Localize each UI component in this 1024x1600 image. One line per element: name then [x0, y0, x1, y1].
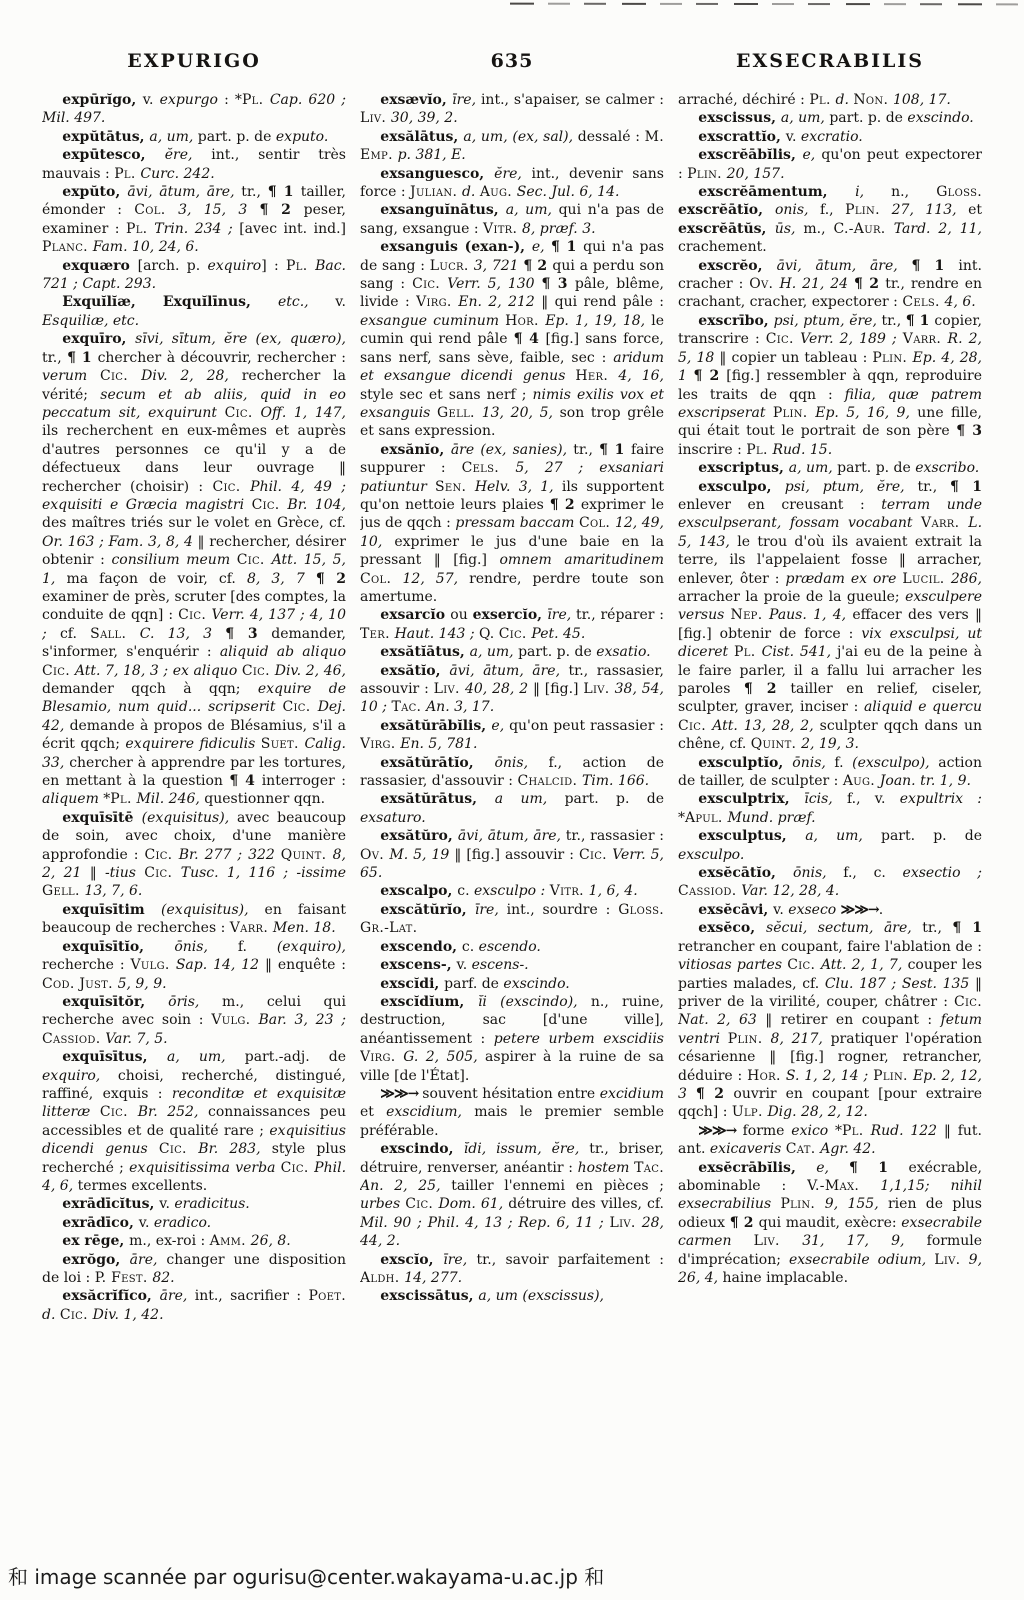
entry-text: Apul. — [685, 810, 727, 826]
entry-text: i, — [855, 184, 891, 200]
entry-text: verum — [42, 368, 100, 384]
entry-text: ōnis, — [174, 939, 237, 955]
entry-text: Quint. — [751, 736, 801, 752]
entry-text: psi, ptum, ĕre, — [774, 313, 882, 329]
entry-text: Julian. — [410, 184, 462, 200]
headword-or-marker: ¶ 3 — [956, 423, 982, 439]
entry-text: petere urbem exscidiis — [494, 1031, 664, 1047]
entry-text: omnem amaritudinem — [499, 552, 664, 568]
entry-text: Vitr. — [483, 221, 522, 237]
dictionary-entry: exscătŭrĭo, īre, int., sourdre : Gloss. … — [360, 901, 664, 938]
entry-text: Gell. — [437, 405, 482, 421]
entry-text: Pl. — [286, 258, 315, 274]
entry-text: H. 21, 24 — [780, 276, 854, 292]
headword-or-marker: exscĭo, — [380, 1252, 443, 1268]
entry-text: Att. 7, 18, 3 ; ex aliquo — [75, 663, 242, 679]
entry-text: eradicitus. — [174, 1196, 249, 1212]
entry-text: Cic. — [100, 368, 141, 384]
headword-or-marker: exquīro, — [62, 331, 135, 347]
entry-text: a, um, — [789, 460, 837, 476]
entry-text: Cic. — [213, 479, 251, 495]
dictionary-entry: exquīro, sīvi, sītum, ĕre (ex, quæro), t… — [42, 330, 346, 809]
entry-text: Pl. — [842, 1123, 871, 1139]
headword-or-marker: exsĕcāvi, — [698, 902, 773, 918]
dictionary-entry: exscendo, c. escendo. — [360, 938, 664, 956]
headword-or-marker: exsătĭātus, — [380, 644, 469, 660]
entry-text: tr., rassasier : — [566, 828, 664, 844]
headword-or-marker: exsarcĭo — [380, 607, 450, 623]
entry-text: C. 13, 3 — [140, 626, 226, 642]
dictionary-entry: exquīsītŏr, ōris, m., celui qui recherch… — [42, 993, 346, 1048]
headword-or-marker: exsătŭrātĭo, — [380, 755, 494, 771]
dictionary-entry: exscrībo, psi, ptum, ĕre, tr., ¶ 1 copie… — [678, 312, 982, 459]
dictionary-entry: exsălātus, a, um, (ex, sal), dessalé : M… — [360, 128, 664, 165]
entry-text: f. — [238, 939, 277, 955]
headword-or-marker: exscrattĭo, — [698, 129, 785, 145]
entry-text: Div. 2, 46, — [275, 663, 346, 679]
dictionary-entry: exquæro [arch. p. exquiro] : Pl. Bac. 72… — [42, 257, 346, 294]
entry-text: exseco — [788, 902, 840, 918]
entry-text: Nat. 2, 63 — [678, 1012, 765, 1028]
entry-text: Cassiod. — [678, 883, 741, 899]
headword-or-marker: exscissātus, — [380, 1288, 478, 1304]
entry-text: chercher à découvrir, rechercher : — [98, 350, 346, 366]
headword-or-marker: exsercĭo, — [473, 607, 548, 623]
entry-text: 40, 28, 2 — [465, 681, 533, 697]
entry-text: Pet. 45. — [531, 626, 585, 642]
entry-text: Or. 163 ; Fam. 3, 8, 4 — [42, 534, 198, 550]
entry-text: Vulg. — [211, 1012, 258, 1028]
entry-text: Col. — [134, 202, 178, 218]
entry-text: ĭdi, issum, ĕre, — [464, 1141, 589, 1157]
headword-or-marker: ¶ 1 — [551, 239, 583, 255]
entry-text: int., sacrifier : — [195, 1288, 309, 1304]
entry-text: f., — [820, 202, 845, 218]
running-head: EXPURIGO 635 EXSECRABILIS — [42, 50, 982, 72]
entry-text: m., — [803, 221, 833, 237]
headword-or-marker: exscătŭrĭo, — [380, 902, 475, 918]
entry-text: Liv. — [934, 1252, 968, 1268]
entry-text: 286, — [951, 571, 982, 587]
headword-or-marker: exscrĕo, — [698, 258, 776, 274]
headword-or-marker: exscĭdĭum, — [380, 994, 478, 1010]
entry-text: a, um, — [149, 129, 197, 145]
headword-or-marker: exsătĭo, — [380, 663, 449, 679]
headword-or-marker: expŭto, — [62, 184, 127, 200]
entry-text: 1, 6, 4. — [589, 883, 638, 899]
entry-text: qu'on peut rassasier : — [509, 718, 664, 734]
dictionary-entry: expŭto, āvi, ātum, āre, tr., ¶ 1 tailler… — [42, 183, 346, 257]
headword-or-marker: ex rēge, — [62, 1233, 129, 1249]
entry-text: [arch. p. — [138, 258, 208, 274]
headword-or-marker: exsanguis (exan-), — [380, 239, 532, 255]
entry-text: part. p. de — [565, 791, 664, 807]
entry-text: īcis, — [804, 791, 847, 807]
entry-text: ‖ [fig.] assouvir : — [454, 847, 579, 863]
entry-text: exquirere fidiculis — [125, 736, 260, 752]
entry-text: * — [835, 1123, 842, 1139]
entry-text: exscindo. — [907, 110, 973, 126]
entry-text: int., sourdre : — [507, 902, 619, 918]
dictionary-entry: exscissātus, a, um (exscissus), — [360, 1287, 664, 1305]
dictionary-entry: Exquĭlĭæ, Exquĭlīnus, etc., v. Esquiliæ,… — [42, 293, 346, 330]
entry-text: Sen. — [435, 479, 475, 495]
entry-text: Mund. præf. — [727, 810, 815, 826]
entry-text: Att. 13, 28, 2, — [712, 718, 819, 734]
entry-text: urbes — [360, 1196, 405, 1212]
dictionary-entry: exsĕcāvi, v. exseco ≫≫→. — [678, 901, 982, 919]
running-head-left-word: EXPURIGO — [42, 50, 346, 72]
dictionary-entry: exsculptrix, īcis, f., v. expultrix : *A… — [678, 790, 982, 827]
entry-text: ōnis, — [494, 755, 548, 771]
entry-text: Vitr. — [550, 883, 589, 899]
entry-text: a, um, — [470, 644, 518, 660]
entry-text: tr., — [42, 350, 67, 366]
dictionary-entry: exscens-, v. escens-. — [360, 956, 664, 974]
entry-text: ĭi (exscindo), — [478, 994, 591, 1010]
entry-text: 82. — [152, 1270, 174, 1286]
entry-text: Chalcid. — [517, 773, 582, 789]
entry-text: Cic. — [678, 718, 712, 734]
entry-text: ma façon de voir, cf. — [66, 571, 247, 587]
entry-text: . — [879, 902, 883, 918]
entry-text: Hor. — [505, 313, 545, 329]
entry-text: ‖ enquête : — [265, 957, 346, 973]
entry-text: a um, — [495, 791, 565, 807]
entry-text: 4, 16, — [618, 368, 664, 384]
dictionary-entry: expŭtātus, a, um, part. p. de exputo. — [42, 128, 346, 146]
headword-or-marker: ¶ 1 — [911, 258, 958, 274]
dictionary-entry: exsănĭo, āre (ex, sanies), tr., ¶ 1 fair… — [360, 441, 664, 607]
entry-text: Ep. 5, 16, 9, — [815, 405, 917, 421]
entry-text: Amm. — [210, 1233, 251, 1249]
page-number: 635 — [360, 50, 664, 72]
dictionary-entry: exscĭo, īre, tr., savoir parfaitement : … — [360, 1251, 664, 1288]
entry-text: Aug. — [843, 773, 880, 789]
entry-text: tr., — [241, 184, 267, 200]
dictionary-entry: exscissus, a, um, part. p. de exscindo. — [678, 109, 982, 127]
entry-text: f., c. — [843, 865, 902, 881]
entry-text: Lucil. — [902, 571, 950, 587]
entry-text: Cic. — [225, 405, 261, 421]
entry-text: exscindo. — [503, 976, 569, 992]
entry-text: Var. 7, 5. — [105, 1031, 167, 1047]
entry-text: īre, — [443, 1252, 476, 1268]
headword-or-marker: exsculpo, — [698, 479, 784, 495]
entry-text: āvi, ātum, āre, — [127, 184, 241, 200]
entry-text: 26, 8. — [251, 1233, 291, 1249]
entry-text: Aldh. — [360, 1270, 404, 1286]
entry-text: Col. — [360, 571, 403, 587]
entry-text: Plin. — [873, 1068, 913, 1084]
entry-text: (exquiro), — [277, 939, 346, 955]
headword-or-marker: exquæro — [62, 258, 137, 274]
dictionary-entry: exsătĭātus, a, um, part. p. de exsatio. — [360, 643, 664, 661]
entry-text: Tusc. 1, 116 ; -issime — [181, 865, 346, 881]
dictionary-entry: expūtesco, ĕre, int., sentir très mauvai… — [42, 146, 346, 183]
headword-or-marker: exquīsītĭo, — [62, 939, 174, 955]
entry-text: ĕre, — [165, 147, 212, 163]
dictionary-entry: exrŏgo, āre, changer une disposition de … — [42, 1251, 346, 1288]
entry-text: Rud. 122 — [871, 1123, 944, 1139]
entry-text: Lucr. — [430, 258, 474, 274]
entry-text: Sap. 14, 12 — [176, 957, 265, 973]
entry-text: ōris, — [168, 994, 222, 1010]
entry-text: ou — [450, 607, 472, 623]
entry-text: 14, 277. — [404, 1270, 462, 1286]
entry-text: 12, 57, — [403, 571, 470, 587]
entry-text: Varr. — [903, 331, 948, 347]
entry-text: exputo. — [276, 129, 328, 145]
entry-text: Cist. 541, — [762, 644, 837, 660]
entry-text: tr., savoir parfaitement : — [476, 1252, 664, 1268]
entry-text: Cic. — [405, 1196, 438, 1212]
entry-text: m., ex-roi : — [129, 1233, 210, 1249]
entry-text: a, um, — [167, 1049, 245, 1065]
entry-text: 13, 7, 6. — [84, 883, 142, 899]
entry-text: cf. — [60, 626, 90, 642]
headword-or-marker: ¶ 3 — [541, 276, 574, 292]
headword-or-marker: exquīsītim — [62, 902, 161, 918]
entry-text: 8, præf. 3. — [522, 221, 596, 237]
dictionary-column-left: expūrĭgo, v. expurgo : *Pl. Cap. 620 ; M… — [42, 91, 346, 1533]
entry-text: escendo. — [479, 939, 541, 955]
dictionary-entry: exscalpo, c. exsculpo : Vitr. 1, 6, 4. — [360, 882, 664, 900]
entry-text: e, — [532, 239, 551, 255]
entry-text: Ov. — [749, 276, 779, 292]
entry-text: expurgo — [160, 92, 224, 108]
entry-text: recherche : — [42, 957, 131, 973]
headword-or-marker: ¶ 3 — [225, 626, 271, 642]
dictionary-entry: exscĭdĭum, ĭi (exscindo), n., ruine, des… — [360, 993, 664, 1085]
dictionary-entry: exsævĭo, īre, int., s'apaiser, se calmer… — [360, 91, 664, 128]
headword-or-marker: exsĕco, — [698, 920, 766, 936]
dictionary-column-middle: exsævĭo, īre, int., s'apaiser, se calmer… — [360, 91, 664, 1533]
entry-text: En. 5, 781. — [400, 736, 477, 752]
dictionary-entry: exquīsītĭo, ōnis, f. (exquiro), recherch… — [42, 938, 346, 993]
entry-text: 31, 17, 9, — [802, 1233, 926, 1249]
entry-text: Tac. — [634, 1160, 664, 1176]
running-head-right-word: EXSECRABILIS — [678, 50, 982, 72]
entry-text: Plin. — [780, 1196, 824, 1212]
entry-text: e, — [491, 718, 509, 734]
entry-text: exsculpo : — [474, 883, 550, 899]
headword-or-marker: exscriptus, — [698, 460, 788, 476]
entry-text: exsectio ; — [903, 865, 982, 881]
entry-text: īre, — [547, 607, 576, 623]
headword-or-marker: ¶ 4 — [514, 331, 546, 347]
entry-text: exsecrabile odium, — [789, 1252, 934, 1268]
entry-text: termes excellents. — [78, 1178, 208, 1194]
headword-or-marker: exscrībo, — [698, 313, 773, 329]
entry-text: 8, 3, 7 — [247, 571, 316, 587]
entry-text: G. 2, 505, — [403, 1049, 485, 1065]
entry-text: Agr. 42. — [820, 1141, 875, 1157]
entry-text: Tac. — [391, 699, 426, 715]
headword-or-marker: exsătŭro, — [380, 828, 458, 844]
entry-text: des maîtres triés sur le volet en Grèce,… — [42, 515, 346, 531]
dictionary-entry: exsculptus, a, um, part. p. de exsculpo. — [678, 827, 982, 864]
entry-text: ≫≫→ — [380, 1086, 422, 1102]
entry-text: v. — [786, 129, 801, 145]
entry-text: part. p. de — [198, 129, 276, 145]
entry-text: ōnis, — [793, 865, 843, 881]
entry-text: 8, 217, — [771, 1031, 831, 1047]
dictionary-entry: exsătŭrābĭlis, e, qu'on peut rassasier :… — [360, 717, 664, 754]
dictionary-entry: exquīsītē (exquisitus), avec beaucoup de… — [42, 809, 346, 901]
entry-text: tr., — [917, 479, 950, 495]
entry-text: Liv. — [754, 1233, 803, 1249]
entry-text: 20, 157. — [727, 166, 785, 182]
entry-text: ‖ qui rend pâle : — [541, 294, 664, 310]
headword-or-marker: ¶ 4 — [229, 773, 261, 789]
entry-text: : * — [224, 92, 242, 108]
entry-text: Off. 1, 147, — [260, 405, 346, 421]
headword-or-marker: exsăcrĭfĭco, — [62, 1288, 159, 1304]
entry-text: īre, — [452, 92, 481, 108]
entry-text: Paus. 1, 4, — [769, 607, 852, 623]
entry-text: Cic. — [954, 994, 982, 1010]
dictionary-entry: exscindo, ĭdi, issum, ĕre, tr., briser, … — [360, 1140, 664, 1250]
entry-text: e, — [816, 1160, 849, 1176]
entry-text: Pl. — [734, 644, 762, 660]
entry-text: exsangue cuminum — [360, 313, 505, 329]
entry-text: aliquid ab aliquo — [220, 644, 346, 660]
entry-text: consilium meum — [111, 552, 236, 568]
entry-text: vitiosas partes — [678, 957, 787, 973]
entry-text: Sec. Jul. 6, 14. — [517, 184, 620, 200]
entry-text: Cels. — [462, 460, 516, 476]
entry-text: Cic. — [100, 1104, 138, 1120]
entry-text: Dom. 61, — [438, 1196, 508, 1212]
headword-or-marker: exsĕcātĭo, — [698, 865, 793, 881]
headword-or-marker: expūrĭgo, — [62, 92, 143, 108]
entry-text: Cic. — [159, 1141, 198, 1157]
entry-text: n., — [891, 184, 936, 200]
entry-text: arraché, déchiré : — [678, 92, 809, 108]
headword-or-marker: ¶ 2 — [550, 497, 581, 513]
entry-text: īre, — [475, 902, 507, 918]
entry-text: Varr. — [230, 920, 273, 936]
entry-text: ‖ retirer en coupant : — [765, 1012, 940, 1028]
entry-text: Cic. — [787, 957, 821, 973]
dictionary-entry: exrādīcĭtus, v. eradicitus. — [42, 1195, 346, 1213]
headword-or-marker: expŭtātus, — [62, 129, 149, 145]
entry-text: Plin. — [687, 166, 726, 182]
entry-text: Haut. 143 ; — [395, 626, 479, 642]
entry-text: 2, 19, 3. — [801, 736, 859, 752]
entry-text: interroger : — [262, 773, 346, 789]
entry-text: Liv. — [360, 110, 391, 126]
entry-text: Div. 2, 28, — [141, 368, 242, 384]
entry-text: An. 3, 17. — [426, 699, 494, 715]
entry-text: a, um, — [506, 202, 559, 218]
entry-text: Cic. — [412, 276, 447, 292]
headword-or-marker: ¶ 2 — [854, 276, 885, 292]
dictionary-entry: exquīsītus, a, um, part.-adj. de exquiro… — [42, 1048, 346, 1195]
dictionary-entry: exsătŭro, āvi, ātum, āre, tr., rassasier… — [360, 827, 664, 882]
entry-text: āre (ex, sanies), — [451, 442, 573, 458]
entry-text: Nep. — [731, 607, 770, 623]
dictionary-entry: ≫≫→ souvent hésitation entre excidium et… — [360, 1085, 664, 1140]
entry-text: Cat. — [786, 1141, 820, 1157]
entry-text: Rud. 15. — [772, 442, 832, 458]
entry-text: Pl. — [114, 166, 140, 182]
entry-text: parf. de — [444, 976, 503, 992]
dictionary-entry: exsĕco, sĕcui, sectum, āre, tr., ¶ 1 ret… — [678, 919, 982, 1121]
dictionary-entry: exsanguesco, ĕre, int., devenir sans for… — [360, 165, 664, 202]
entry-text: Cic. — [282, 699, 317, 715]
entry-text: Pl. — [126, 221, 154, 237]
entry-text: tr., réparer : — [576, 607, 664, 623]
entry-text: Pl. — [110, 791, 136, 807]
entry-text: aliquid e quercu — [864, 699, 982, 715]
entry-text: psi, ptum, ĕre, — [785, 479, 918, 495]
dictionary-entry: exsĕcātĭo, ōnis, f., c. exsectio ; Cassi… — [678, 864, 982, 901]
entry-text: Ter. — [360, 626, 395, 642]
entry-text: Br. 283, — [198, 1141, 271, 1157]
entry-text: d. — [835, 92, 853, 108]
headword-or-marker: exsculptrix, — [698, 791, 804, 807]
entry-text: onis, — [775, 202, 820, 218]
entry-text: En. 2, 212 — [458, 294, 541, 310]
entry-text: Joan. tr. 1, 9. — [880, 773, 971, 789]
entry-text: Non. — [853, 92, 893, 108]
entry-text: 30, 39, 2. — [391, 110, 458, 126]
entry-text: Cic. — [144, 865, 181, 881]
entry-text: Gell. — [42, 883, 84, 899]
entry-text: et — [968, 202, 982, 218]
entry-text: pressam baccam — [455, 515, 579, 531]
headword-or-marker: exrādīco, — [62, 1215, 138, 1231]
headword-or-marker: exscendo, — [380, 939, 462, 955]
entry-text: a, um, (ex, sal), — [463, 129, 577, 145]
entry-text: p. 381, E. — [398, 147, 466, 163]
entry-text: 3, 721 — [474, 258, 524, 274]
headword-or-marker: exscrĕātŭs, — [678, 221, 775, 237]
entry-text: tr., — [922, 920, 952, 936]
headword-or-marker: exsanguesco, — [380, 166, 494, 182]
entry-text: style sec et sans nerf ; — [360, 387, 533, 403]
entry-text: S. 1, 2, 14 ; — [786, 1068, 873, 1084]
entry-text: v. — [143, 92, 160, 108]
headword-or-marker: ¶ 2 — [523, 258, 552, 274]
entry-text: Cod. Just. — [42, 976, 118, 992]
entry-text: Cic. — [144, 847, 178, 863]
entry-text: v. — [456, 957, 471, 973]
entry-text: Plin. — [872, 350, 912, 366]
entry-text: (exsculpo), — [852, 755, 938, 771]
entry-text: Curc. 242. — [140, 166, 214, 182]
headword-or-marker: exscindo, — [380, 1141, 464, 1157]
entry-text: āvi, ātum, āre, — [449, 663, 568, 679]
dictionary-entry: exscrattĭo, v. excratio. — [678, 128, 982, 146]
entry-text: Cic. — [281, 1160, 315, 1176]
entry-text: Men. 18. — [273, 920, 336, 936]
entry-text: Br. 252, — [138, 1104, 208, 1120]
dictionary-entry: exsculpo, psi, ptum, ĕre, tr., ¶ 1 enlev… — [678, 478, 982, 754]
headword-or-marker: ¶ 1 — [268, 184, 301, 200]
entry-text: Cic. — [252, 497, 288, 513]
dictionary-entry: exscrĕābĭlis, e, qu'on peut expectorer :… — [678, 146, 982, 183]
entry-text: escens-. — [472, 957, 529, 973]
headword-or-marker: ¶ 1 — [849, 1160, 909, 1176]
scanned-dictionary-page: { "page_header": { "left_word": "EXPURIG… — [0, 0, 1024, 1600]
dictionary-entry: exscrĕo, āvi, ātum, āre, ¶ 1 int. crache… — [678, 257, 982, 312]
dictionary-entry: exsarcĭo ou exsercĭo, īre, tr., réparer … — [360, 606, 664, 643]
dictionary-entry: exsătŭrātĭo, ōnis, f., action de rassasi… — [360, 754, 664, 791]
headword-or-marker: ¶ 2 — [316, 571, 346, 587]
